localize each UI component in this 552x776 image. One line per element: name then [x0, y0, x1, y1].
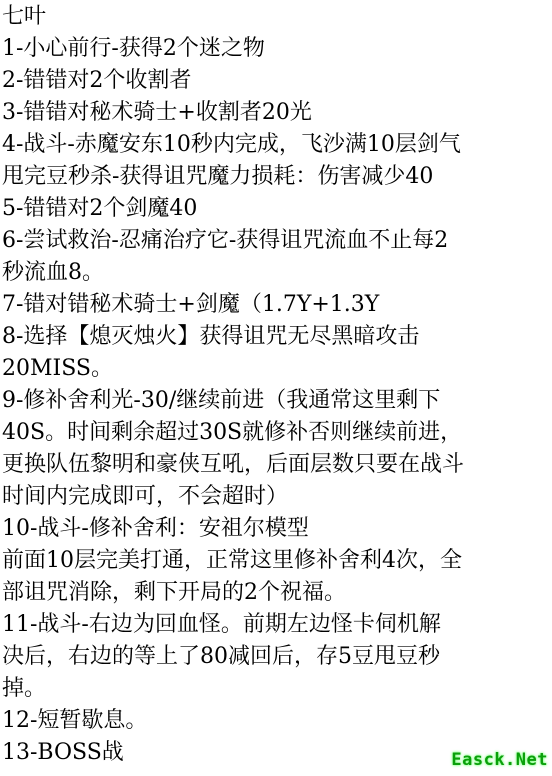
step-line-continuation: 前面10层完美打通，正常这里修补舍利4次，全	[2, 545, 552, 577]
step-line: 3-错错对秘术骑士+收割者20光	[2, 97, 552, 129]
step-line-continuation: 40S。时间剩余超过30S就修补否则继续前进，	[2, 417, 552, 449]
step-line-continuation: 掉。	[2, 673, 552, 705]
step-line: 10-战斗-修补舍利：安祖尔模型	[2, 513, 552, 545]
watermark-logo: Easck.Net	[451, 750, 548, 770]
step-line: 6-尝试救治-忍痛治疗它-获得诅咒流血不止每2	[2, 225, 552, 257]
step-line-continuation: 20MISS。	[2, 353, 552, 385]
step-line: 5-错错对2个剑魔40	[2, 193, 552, 225]
step-line-continuation: 时间内完成即可，不会超时）	[2, 481, 552, 513]
step-line: 4-战斗-赤魔安东10秒内完成，飞沙满10层剑气	[2, 129, 552, 161]
step-line: 9-修补舍利光-30/继续前进（我通常这里剩下	[2, 385, 552, 417]
document-title: 七叶	[2, 1, 552, 33]
step-line: 11-战斗-右边为回血怪。前期左边怪卡伺机解	[2, 609, 552, 641]
step-line-continuation: 秒流血8。	[2, 257, 552, 289]
step-line-continuation: 甩完豆秒杀-获得诅咒魔力损耗：伤害减少40	[2, 161, 552, 193]
step-line-continuation: 更换队伍黎明和豪侠互吼，后面层数只要在战斗	[2, 449, 552, 481]
step-line: 7-错对错秘术骑士+剑魔（1.7Y+1.3Y	[2, 289, 552, 321]
document-body: 七叶 1-小心前行-获得2个迷之物 2-错错对2个收割者 3-错错对秘术骑士+收…	[2, 1, 552, 769]
step-line: 1-小心前行-获得2个迷之物	[2, 33, 552, 65]
step-line-continuation: 部诅咒消除，剩下开局的2个祝福。	[2, 577, 552, 609]
step-line: 12-短暂歇息。	[2, 705, 552, 737]
step-line: 2-错错对2个收割者	[2, 65, 552, 97]
step-line-continuation: 决后，右边的等上了80减回后，存5豆甩豆秒	[2, 641, 552, 673]
step-line: 8-选择【熄灭烛火】获得诅咒无尽黑暗攻击	[2, 321, 552, 353]
